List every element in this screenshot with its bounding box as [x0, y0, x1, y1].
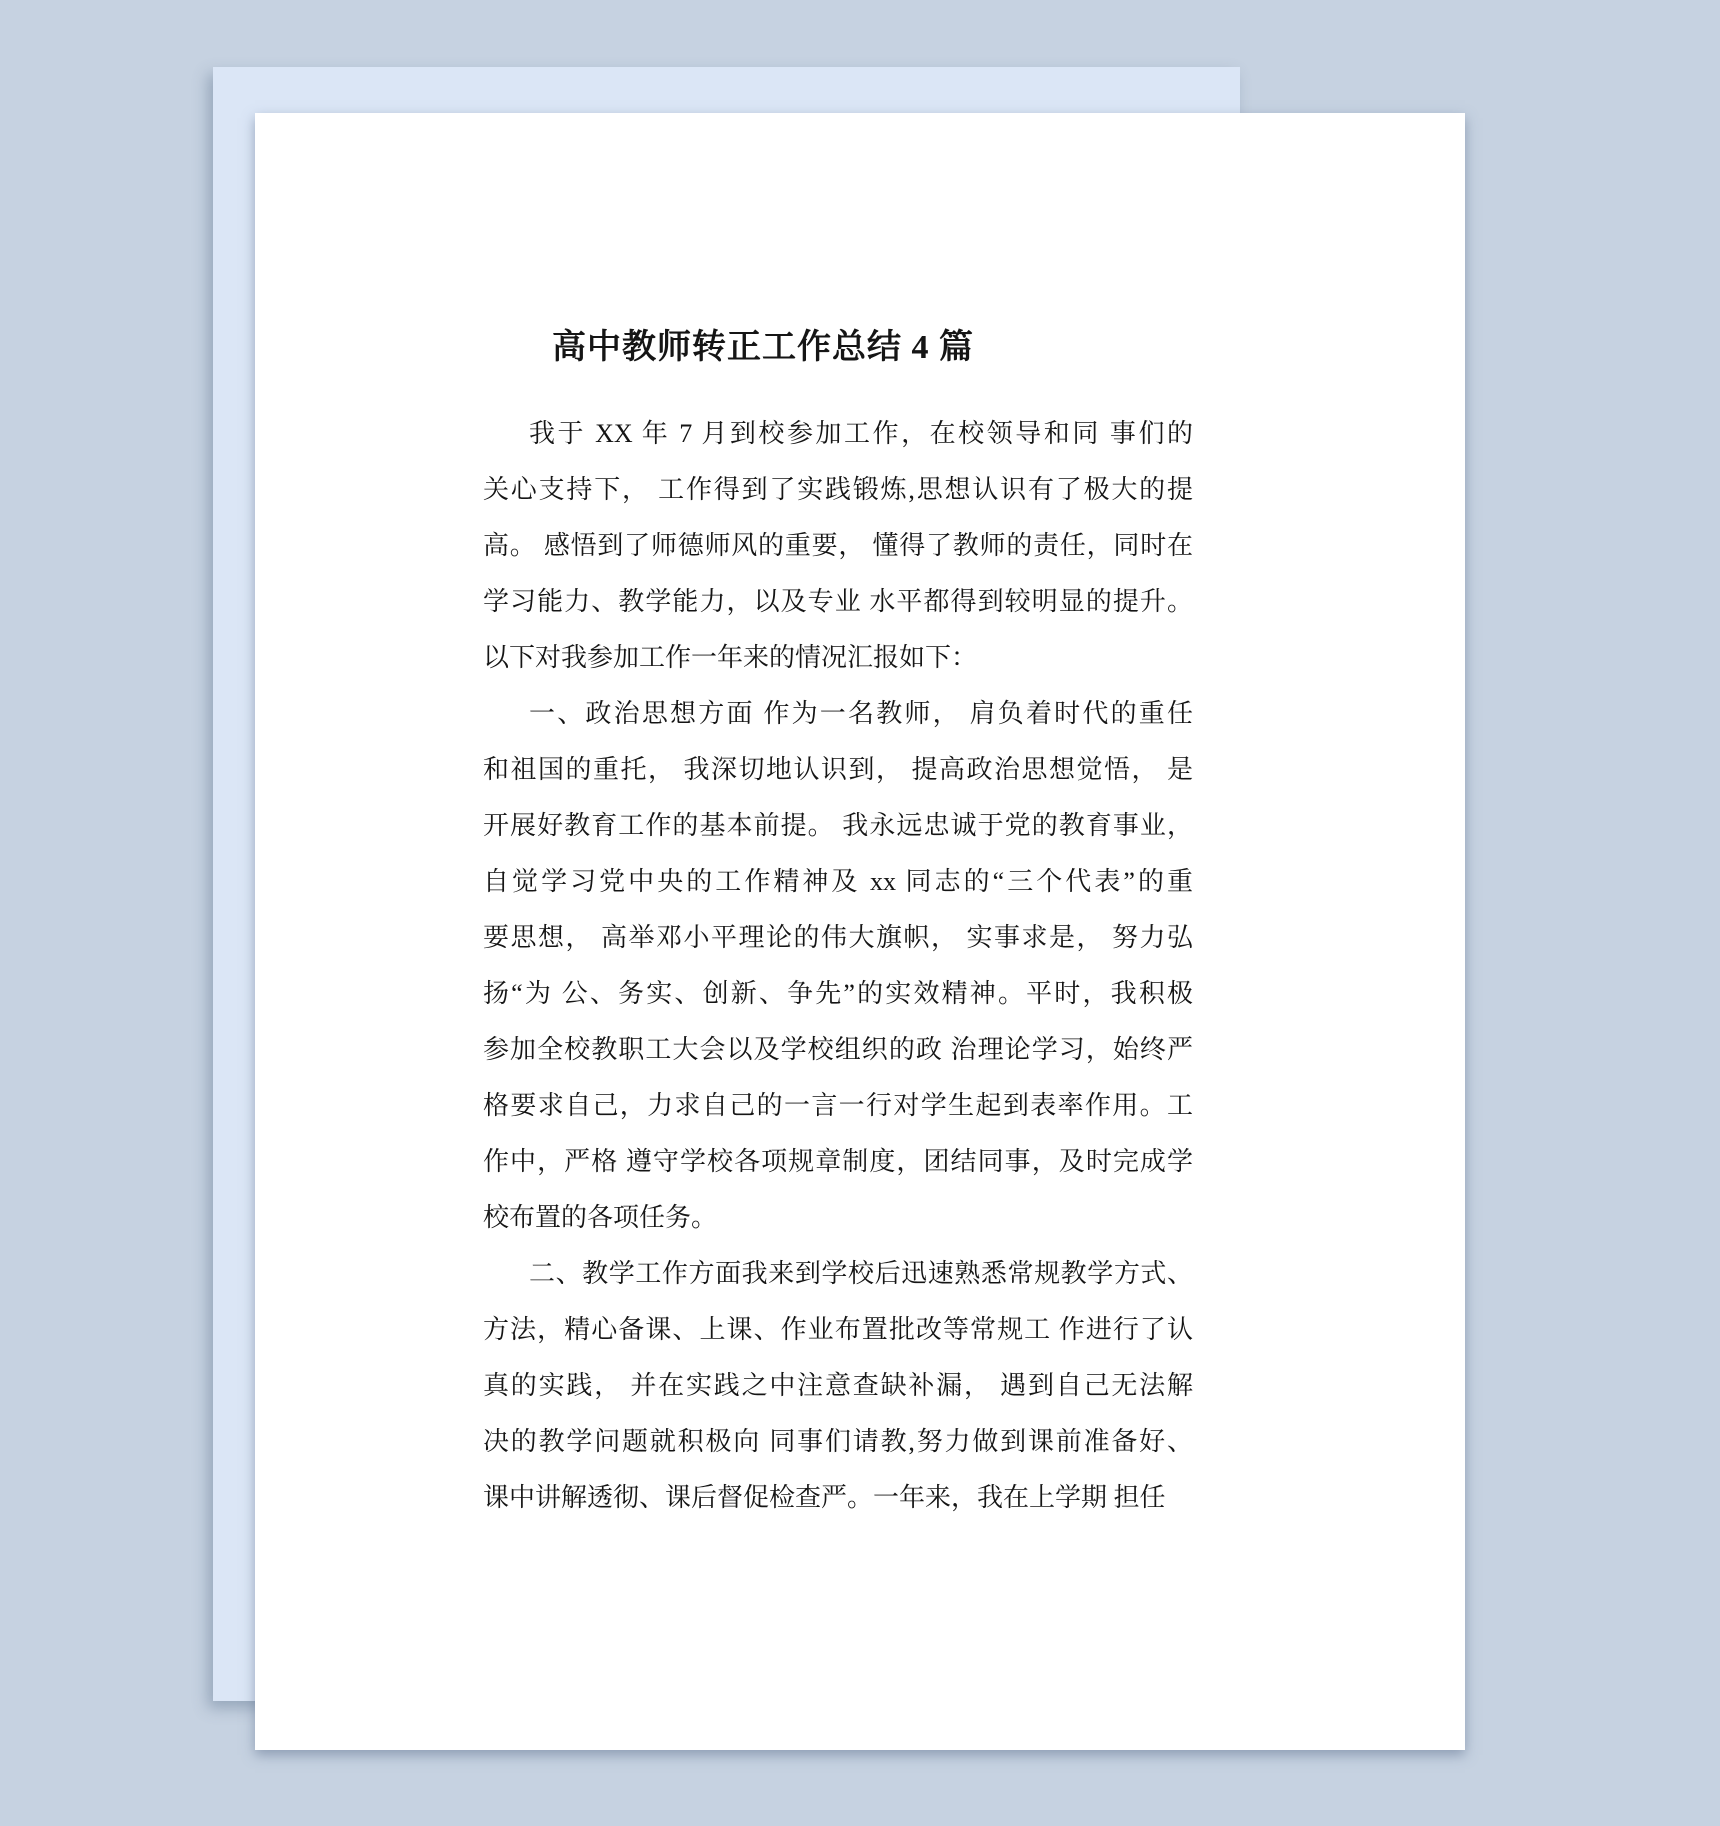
text-line: 以下对我参加工作一年来的情况汇报如下：: [483, 630, 1193, 686]
text-line: 决的教学问题就积极向 同事们请教,努力做到课前准备好、: [483, 1414, 1193, 1470]
text-line: 和祖国的重托， 我深切地认识到， 提高政治思想觉悟， 是: [483, 742, 1193, 798]
desktop-background: 高中教师转正工作总结 4 篇 我于 XX 年 7 月到校参加工作，在校领导和同 …: [0, 0, 1720, 1826]
text-line: 扬“为 公、务实、创新、争先”的实效精神。平时，我积极: [483, 966, 1193, 1022]
paragraph: 我于 XX 年 7 月到校参加工作，在校领导和同 事们的关心支持下， 工作得到了…: [483, 406, 1193, 686]
page-content: 高中教师转正工作总结 4 篇 我于 XX 年 7 月到校参加工作，在校领导和同 …: [255, 113, 1465, 1526]
document-title: 高中教师转正工作总结 4 篇: [483, 318, 1193, 378]
text-line: 参加全校教职工大会以及学校组织的政 治理论学习，始终严: [483, 1022, 1193, 1078]
text-line: 校布置的各项任务。: [483, 1190, 1193, 1246]
text-line: 学习能力、教学能力，以及专业 水平都得到较明显的提升。: [483, 574, 1193, 630]
text-line: 自觉学习党中央的工作精神及 xx 同志的“三个代表”的重: [483, 854, 1193, 910]
text-line: 关心支持下， 工作得到了实践锻炼,思想认识有了极大的提: [483, 462, 1193, 518]
document-page: 高中教师转正工作总结 4 篇 我于 XX 年 7 月到校参加工作，在校领导和同 …: [255, 113, 1465, 1750]
text-line: 真的实践， 并在实践之中注意查缺补漏， 遇到自己无法解: [483, 1358, 1193, 1414]
text-line: 高。 感悟到了师德师风的重要， 懂得了教师的责任，同时在: [483, 518, 1193, 574]
paragraph: 二、教学工作方面我来到学校后迅速熟悉常规教学方式、方法，精心备课、上课、作业布置…: [483, 1246, 1193, 1526]
document-body: 我于 XX 年 7 月到校参加工作，在校领导和同 事们的关心支持下， 工作得到了…: [483, 406, 1193, 1526]
text-line: 作中，严格 遵守学校各项规章制度，团结同事，及时完成学: [483, 1134, 1193, 1190]
text-line: 二、教学工作方面我来到学校后迅速熟悉常规教学方式、: [483, 1246, 1193, 1302]
text-line: 课中讲解透彻、课后督促检查严。一年来，我在上学期 担任: [483, 1470, 1193, 1526]
text-line: 一、政治思想方面 作为一名教师， 肩负着时代的重任: [483, 686, 1193, 742]
text-line: 开展好教育工作的基本前提。 我永远忠诚于党的教育事业，: [483, 798, 1193, 854]
paragraph: 一、政治思想方面 作为一名教师， 肩负着时代的重任和祖国的重托， 我深切地认识到…: [483, 686, 1193, 1246]
text-line: 方法，精心备课、上课、作业布置批改等常规工 作进行了认: [483, 1302, 1193, 1358]
text-line: 我于 XX 年 7 月到校参加工作，在校领导和同 事们的: [483, 406, 1193, 462]
text-line: 要思想， 高举邓小平理论的伟大旗帜， 实事求是， 努力弘: [483, 910, 1193, 966]
text-line: 格要求自己，力求自己的一言一行对学生起到表率作用。工: [483, 1078, 1193, 1134]
